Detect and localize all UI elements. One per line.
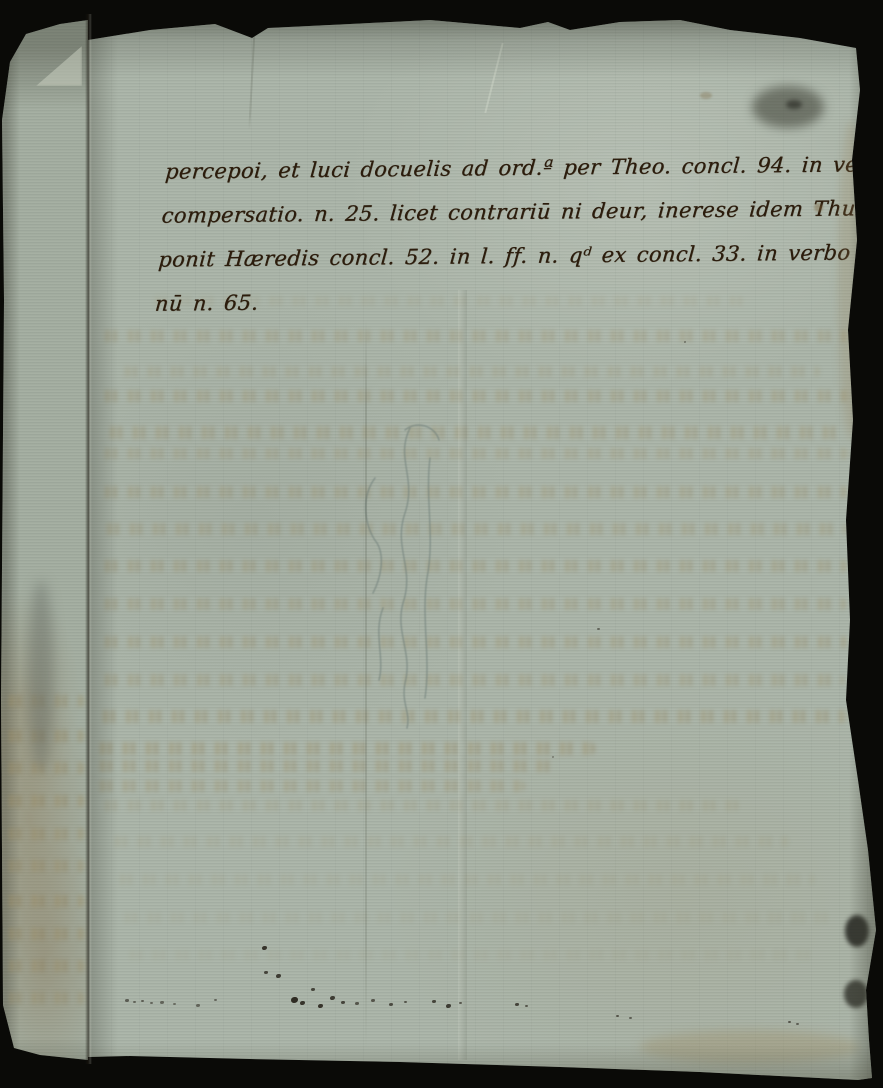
gutter-fold bbox=[85, 14, 92, 1064]
bleed-row bbox=[4, 795, 86, 807]
stain bbox=[28, 580, 54, 770]
bleed-row bbox=[4, 960, 86, 972]
manuscript-page: percepoi, et luci docuelis ad ord.ª per … bbox=[0, 0, 883, 1088]
margin-fragment: filij bbox=[847, 339, 880, 361]
margin-fragment: m. bbox=[855, 166, 880, 187]
bleed-row bbox=[4, 828, 86, 840]
page-edge-vignette bbox=[0, 0, 883, 1088]
manuscript-scan: m.in con-onis sen-um,filijd. 3.°liverrar… bbox=[0, 0, 883, 1088]
bleed-row bbox=[4, 860, 86, 872]
bleed-row bbox=[4, 895, 86, 907]
bleed-row bbox=[4, 928, 86, 940]
bleed-row bbox=[4, 992, 86, 1004]
